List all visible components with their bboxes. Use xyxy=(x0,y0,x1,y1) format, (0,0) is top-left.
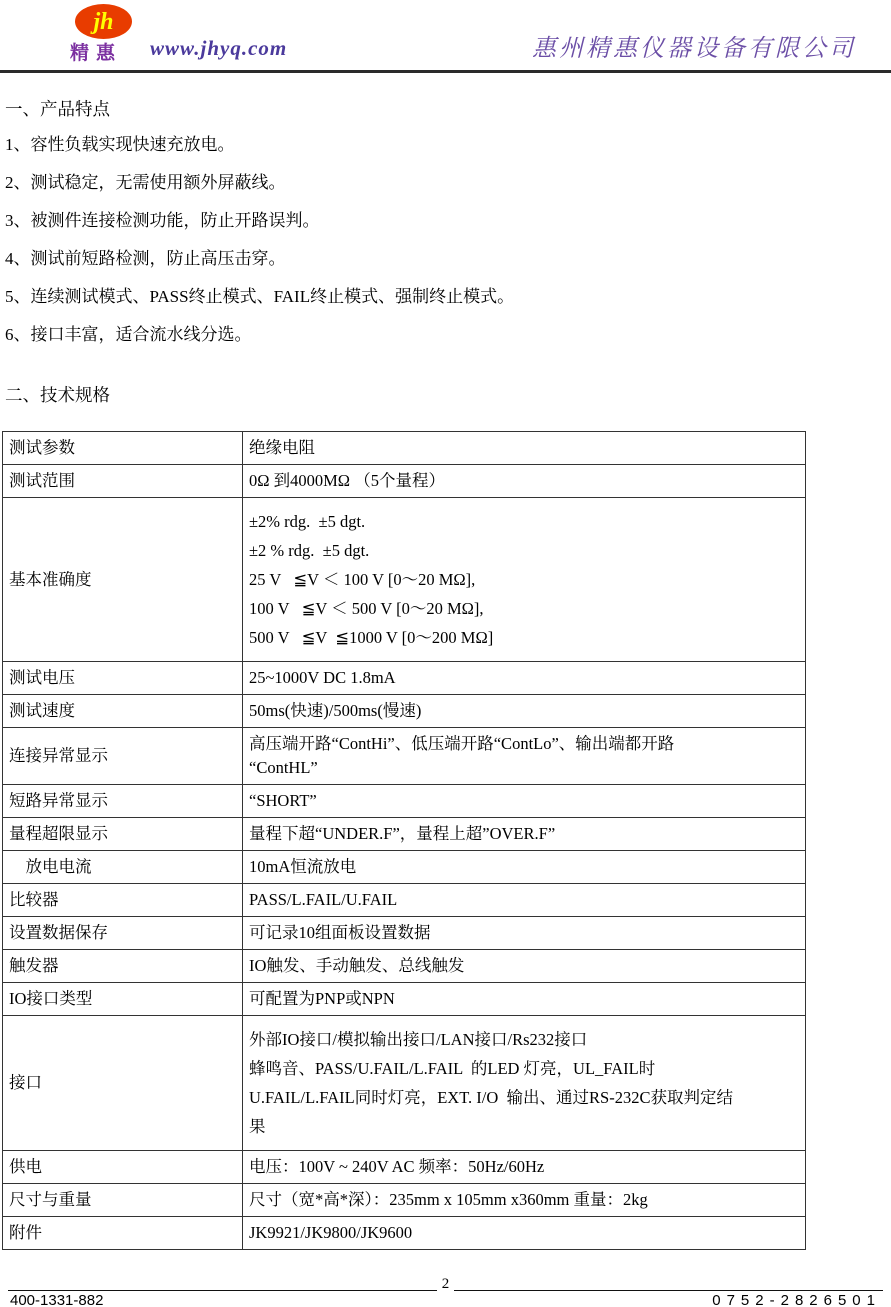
company-name: 惠州精惠仪器设备有限公司 xyxy=(532,28,856,63)
spec-label: 放电电流 xyxy=(3,851,243,884)
spec-value-line: 外部IO接口/模拟输出接口/LAN接口/Rs232接口 xyxy=(249,1025,801,1054)
feature-item: 1、容性负载实现快速充放电。 xyxy=(5,136,891,153)
spec-value: 可配置为PNP或NPN xyxy=(243,983,806,1016)
section-title-specs: 二、技术规格 xyxy=(5,382,891,407)
phone-right: 0752-2826501 xyxy=(712,1292,881,1307)
spec-label: 测试速度 xyxy=(3,695,243,728)
spec-value-line: “ContHL” xyxy=(249,756,801,780)
spec-value: 25~1000V DC 1.8mA xyxy=(243,662,806,695)
footer-phones: 400-1331-882 0752-2826501 xyxy=(10,1292,881,1307)
spec-value-line: 50ms(快速)/500ms(慢速) xyxy=(249,699,801,723)
spec-label: 供电 xyxy=(3,1151,243,1184)
feature-item: 5、连续测试模式、PASS终止模式、FAIL终止模式、强制终止模式。 xyxy=(5,288,891,305)
spec-value-line: 可配置为PNP或NPN xyxy=(249,987,801,1011)
spec-value: 10mA恒流放电 xyxy=(243,851,806,884)
spec-value-line: 0Ω 到4000MΩ （5个量程） xyxy=(249,469,801,493)
table-row: 接口外部IO接口/模拟输出接口/LAN接口/Rs232接口蜂鸣音、PASS/U.… xyxy=(3,1016,806,1151)
spec-value-line: 果 xyxy=(249,1112,801,1141)
feature-item: 6、接口丰富，适合流水线分选。 xyxy=(5,326,891,343)
page: jh 精惠 www.jhyq.com 惠州精惠仪器设备有限公司 一、产品特点 1… xyxy=(0,0,891,1307)
table-row: 比较器PASS/L.FAIL/U.FAIL xyxy=(3,884,806,917)
table-row: 附件JK9921/JK9800/JK9600 xyxy=(3,1217,806,1250)
spec-value: 尺寸（宽*高*深）：235mm x 105mm x360mm 重量：2kg xyxy=(243,1184,806,1217)
spec-value: 外部IO接口/模拟输出接口/LAN接口/Rs232接口蜂鸣音、PASS/U.FA… xyxy=(243,1016,806,1151)
spec-value: 可记录10组面板设置数据 xyxy=(243,917,806,950)
spec-value-line: 尺寸（宽*高*深）：235mm x 105mm x360mm 重量：2kg xyxy=(249,1188,801,1212)
table-row: 测试电压25~1000V DC 1.8mA xyxy=(3,662,806,695)
spec-value-line: 10mA恒流放电 xyxy=(249,855,801,879)
spec-value-line: 25 V ≦V ＜ 100 V [0～20 MΩ], xyxy=(249,565,801,594)
spec-label: 比较器 xyxy=(3,884,243,917)
spec-label: 基本准确度 xyxy=(3,498,243,662)
spec-label: IO接口类型 xyxy=(3,983,243,1016)
spec-value: 绝缘电阻 xyxy=(243,432,806,465)
table-row: 供电电压：100V ~ 240V AC 频率：50Hz/60Hz xyxy=(3,1151,806,1184)
spec-value: ±2% rdg. ±5 dgt.±2 % rdg. ±5 dgt.25 V ≦V… xyxy=(243,498,806,662)
spec-value-line: 电压：100V ~ 240V AC 频率：50Hz/60Hz xyxy=(249,1155,801,1179)
spec-label: 短路异常显示 xyxy=(3,785,243,818)
spec-label: 触发器 xyxy=(3,950,243,983)
spec-table: 测试参数绝缘电阻测试范围0Ω 到4000MΩ （5个量程）基本准确度±2% rd… xyxy=(2,431,806,1250)
spec-value: PASS/L.FAIL/U.FAIL xyxy=(243,884,806,917)
spec-label: 尺寸与重量 xyxy=(3,1184,243,1217)
footer-rule: 2 xyxy=(8,1277,883,1291)
spec-value-line: 25~1000V DC 1.8mA xyxy=(249,666,801,690)
header: jh 精惠 www.jhyq.com 惠州精惠仪器设备有限公司 xyxy=(0,0,891,73)
spec-value: 高压端开路“ContHi”、低压端开路“ContLo”、输出端都开路“ContH… xyxy=(243,728,806,785)
feature-item: 3、被测件连接检测功能，防止开路误判。 xyxy=(5,212,891,229)
spec-value-line: ±2% rdg. ±5 dgt. xyxy=(249,507,801,536)
table-row: 尺寸与重量尺寸（宽*高*深）：235mm x 105mm x360mm 重量：2… xyxy=(3,1184,806,1217)
section-title-features: 一、产品特点 xyxy=(5,96,891,121)
table-row: IO接口类型可配置为PNP或NPN xyxy=(3,983,806,1016)
phone-left: 400-1331-882 xyxy=(10,1292,103,1307)
footer-rule-left xyxy=(8,1277,437,1291)
feature-item: 2、测试稳定，无需使用额外屏蔽线。 xyxy=(5,174,891,191)
spec-value-line: U.FAIL/L.FAIL同时灯亮，EXT. I/O 输出、通过RS-232C获… xyxy=(249,1083,801,1112)
page-number: 2 xyxy=(437,1277,455,1291)
logo-company-short-name: 精惠 xyxy=(70,38,145,65)
table-row: 测试参数绝缘电阻 xyxy=(3,432,806,465)
table-row: 设置数据保存可记录10组面板设置数据 xyxy=(3,917,806,950)
spec-value: 量程下超“UNDER.F”，量程上超”OVER.F” xyxy=(243,818,806,851)
document-body: 一、产品特点 1、容性负载实现快速充放电。2、测试稳定，无需使用额外屏蔽线。3、… xyxy=(0,96,891,1250)
spec-value-line: 可记录10组面板设置数据 xyxy=(249,921,801,945)
spec-value-line: IO触发、手动触发、总线触发 xyxy=(249,954,801,978)
spec-value-line: ±2 % rdg. ±5 dgt. xyxy=(249,536,801,565)
table-row: 测试范围0Ω 到4000MΩ （5个量程） xyxy=(3,465,806,498)
table-row: 连接异常显示高压端开路“ContHi”、低压端开路“ContLo”、输出端都开路… xyxy=(3,728,806,785)
spec-value-line: 100 V ≦V ＜ 500 V [0～20 MΩ], xyxy=(249,594,801,623)
table-row: 量程超限显示量程下超“UNDER.F”，量程上超”OVER.F” xyxy=(3,818,806,851)
footer: 2 400-1331-882 0752-2826501 xyxy=(0,1259,891,1307)
spec-value-line: 量程下超“UNDER.F”，量程上超”OVER.F” xyxy=(249,822,801,846)
spec-value-line: 500 V ≦V ≦1000 V [0～200 MΩ] xyxy=(249,623,801,652)
spec-label: 附件 xyxy=(3,1217,243,1250)
table-row: 基本准确度±2% rdg. ±5 dgt.±2 % rdg. ±5 dgt.25… xyxy=(3,498,806,662)
feature-list: 1、容性负载实现快速充放电。2、测试稳定，无需使用额外屏蔽线。3、被测件连接检测… xyxy=(5,136,891,343)
table-row: 触发器IO触发、手动触发、总线触发 xyxy=(3,950,806,983)
spec-value: IO触发、手动触发、总线触发 xyxy=(243,950,806,983)
spec-value-line: “SHORT” xyxy=(249,789,801,813)
spec-label: 测试电压 xyxy=(3,662,243,695)
table-row: 放电电流10mA恒流放电 xyxy=(3,851,806,884)
logo-initials: jh xyxy=(93,10,113,34)
table-row: 短路异常显示“SHORT” xyxy=(3,785,806,818)
spec-value-line: 绝缘电阻 xyxy=(249,436,801,460)
footer-rule-right xyxy=(454,1277,883,1291)
spec-value: JK9921/JK9800/JK9600 xyxy=(243,1217,806,1250)
spec-label: 测试参数 xyxy=(3,432,243,465)
spec-label: 连接异常显示 xyxy=(3,728,243,785)
table-row: 测试速度50ms(快速)/500ms(慢速) xyxy=(3,695,806,728)
spec-label: 设置数据保存 xyxy=(3,917,243,950)
spec-value: 50ms(快速)/500ms(慢速) xyxy=(243,695,806,728)
spec-label: 接口 xyxy=(3,1016,243,1151)
logo-jh-icon: jh xyxy=(75,4,132,39)
spec-value: 0Ω 到4000MΩ （5个量程） xyxy=(243,465,806,498)
feature-item: 4、测试前短路检测，防止高压击穿。 xyxy=(5,250,891,267)
spec-label: 测试范围 xyxy=(3,465,243,498)
spec-value: “SHORT” xyxy=(243,785,806,818)
spec-value: 电压：100V ~ 240V AC 频率：50Hz/60Hz xyxy=(243,1151,806,1184)
spec-value-line: 高压端开路“ContHi”、低压端开路“ContLo”、输出端都开路 xyxy=(249,732,801,756)
spec-label: 量程超限显示 xyxy=(3,818,243,851)
website-link[interactable]: www.jhyq.com xyxy=(150,36,287,61)
spec-value-line: 蜂鸣音、PASS/U.FAIL/L.FAIL 的LED 灯亮，UL_FAIL时 xyxy=(249,1054,801,1083)
spec-value-line: PASS/L.FAIL/U.FAIL xyxy=(249,888,801,912)
spec-value-line: JK9921/JK9800/JK9600 xyxy=(249,1221,801,1245)
